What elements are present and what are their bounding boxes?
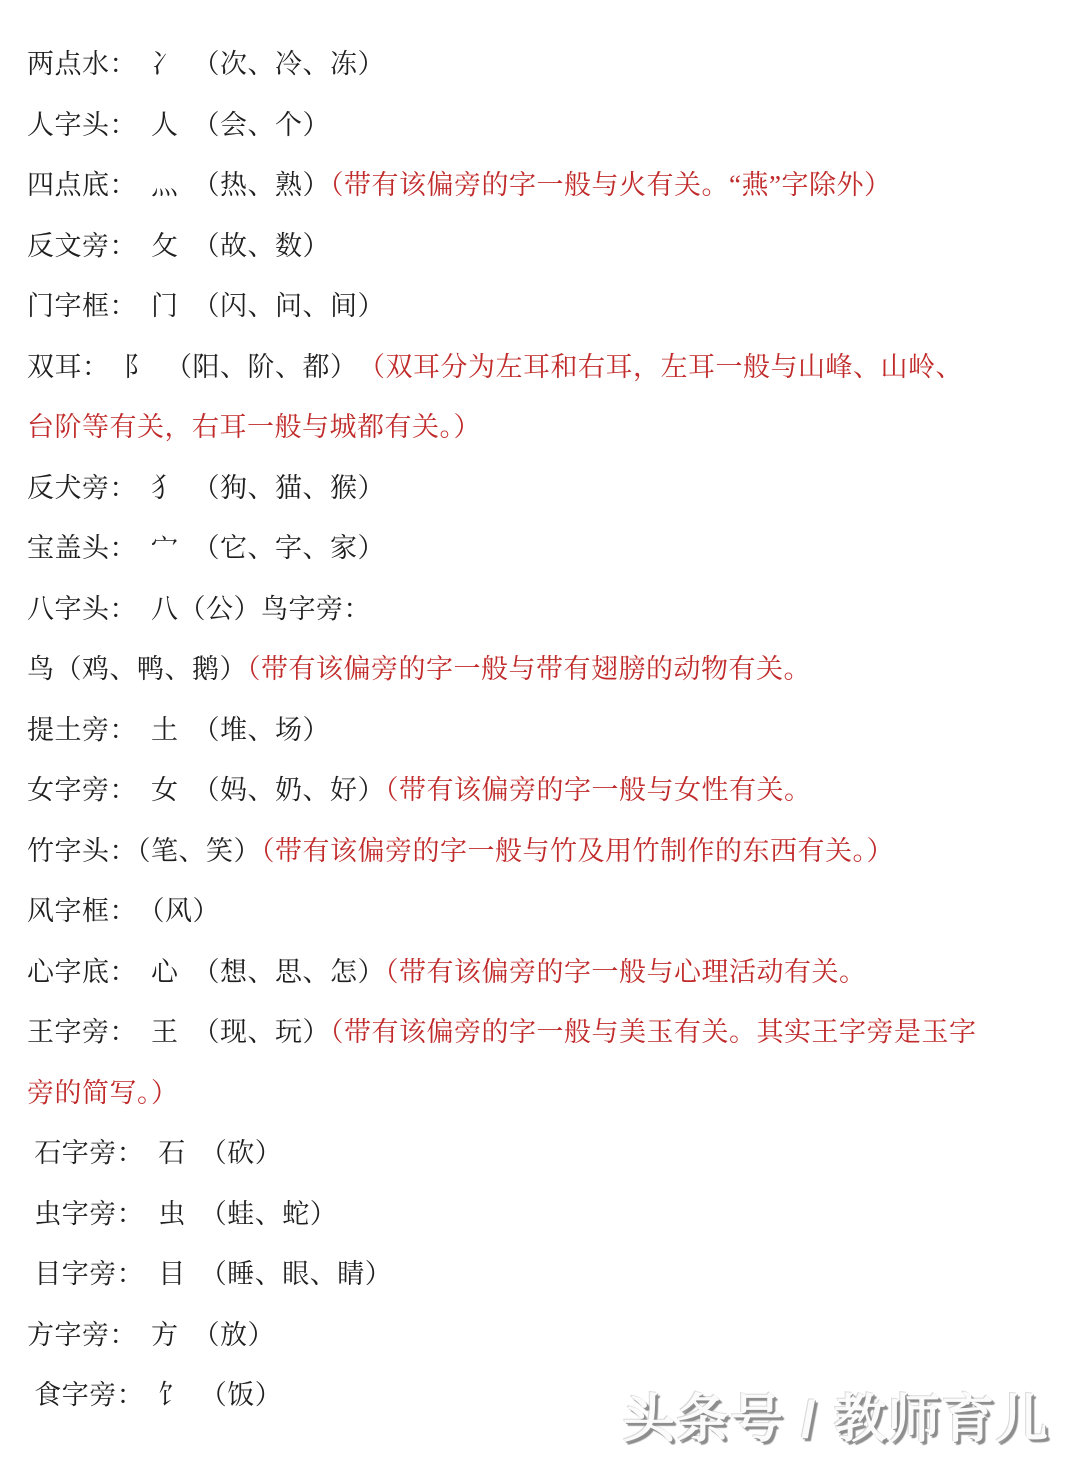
line-two-dot-water: 两点水： 冫 （次、冷、冻） [27, 34, 1062, 95]
line-double-ear-continued: 台阶等有关，右耳一般与城都有关。） [27, 397, 1062, 458]
line-eye-radical: 目字旁： 目 （睡、眼、睛） [27, 1244, 1062, 1305]
line-wind-frame: 风字框： （风） [27, 881, 1062, 942]
radical-entry-text: 人字头： 人 （会、个） [27, 110, 330, 140]
radical-entry-text: 反文旁： 攵 （故、数） [27, 231, 330, 261]
line-bamboo-top: 竹字头：（笔、笑）（带有该偏旁的字一般与竹及用竹制作的东西有关。） [27, 821, 1062, 882]
radical-entry-text: 八字头： 八（公）鸟字旁： [27, 594, 371, 624]
radical-entry-text: 竹字头：（笔、笑） [27, 836, 261, 866]
radical-note-text: （带有该偏旁的字一般与女性有关。 [385, 775, 812, 805]
radical-entry-text: 女字旁： 女 （妈、奶、好） [27, 775, 385, 805]
line-person-top: 人字头： 人 （会、个） [27, 95, 1062, 156]
line-king-radical: 王字旁： 王 （现、玩）（带有该偏旁的字一般与美玉有关。其实王字旁是玉字 [27, 1002, 1062, 1063]
radical-note-text: 台阶等有关，右耳一般与城都有关。） [27, 412, 481, 442]
line-king-radical-continued: 旁的简写。） [27, 1063, 1062, 1124]
radical-note-text: （带有该偏旁的字一般与竹及用竹制作的东西有关。） [261, 836, 894, 866]
line-eight-top-bird-label: 八字头： 八（公）鸟字旁： [27, 579, 1062, 640]
radical-entry-text: 方字旁： 方 （放） [27, 1320, 275, 1350]
radical-entry-text: 石字旁： 石 （砍） [27, 1138, 282, 1168]
radical-entry-text: 宝盖头： 宀 （它、字、家） [27, 533, 385, 563]
radical-note-text: （双耳分为左耳和右耳，左耳一般与山峰、山岭、 [372, 352, 964, 382]
line-earth-radical: 提土旁： 土 （堆、场） [27, 700, 1062, 761]
radical-entry-text: 心字底： 心 （想、思、怎） [27, 957, 385, 987]
line-square-radical: 方字旁： 方 （放） [27, 1305, 1062, 1366]
line-double-ear: 双耳： 阝 （阳、阶、都） （双耳分为左耳和右耳，左耳一般与山峰、山岭、 [27, 337, 1062, 398]
line-heart-bottom: 心字底： 心 （想、思、怎）（带有该偏旁的字一般与心理活动有关。 [27, 942, 1062, 1003]
document-page: 两点水： 冫 （次、冷、冻） 人字头： 人 （会、个） 四点底： 灬 （热、熟）… [0, 0, 1080, 1426]
radical-note-text: （带有该偏旁的字一般与带有翅膀的动物有关。 [247, 654, 811, 684]
radical-note-text: （带有该偏旁的字一般与美玉有关。其实王字旁是玉字 [330, 1017, 977, 1047]
radical-entry-text: 门字框： 门 （闪、问、间） [27, 291, 385, 321]
line-reversed-wen: 反文旁： 攵 （故、数） [27, 216, 1062, 277]
radical-note-text: 旁的简写。） [27, 1078, 179, 1108]
radical-entry-text: 两点水： 冫 （次、冷、冻） [27, 49, 385, 79]
line-insect-radical: 虫字旁： 虫 （蛙、蛇） [27, 1184, 1062, 1245]
radical-entry-text: 虫字旁： 虫 （蛙、蛇） [27, 1199, 337, 1229]
line-bird-radical: 鸟（鸡、鸭、鹅）（带有该偏旁的字一般与带有翅膀的动物有关。 [27, 639, 1062, 700]
radical-entry-text: 目字旁： 目 （睡、眼、睛） [27, 1259, 392, 1289]
watermark-toutiao: 头条号 / 教师育儿 [623, 1377, 1050, 1452]
radical-entry-text: 食字旁： 饣 （饭） [27, 1380, 282, 1410]
radical-note-text: （带有该偏旁的字一般与火有关。“燕”字除外） [330, 170, 891, 200]
radical-entry-text: 风字框： （风） [27, 896, 220, 926]
radical-entry-text: 提土旁： 土 （堆、场） [27, 715, 330, 745]
line-dog-radical: 反犬旁： 犭 （狗、猫、猴） [27, 458, 1062, 519]
radical-entry-text: 双耳： 阝 （阳、阶、都） [27, 352, 372, 382]
radical-entry-text: 王字旁： 王 （现、玩） [27, 1017, 330, 1047]
line-woman-radical: 女字旁： 女 （妈、奶、好）（带有该偏旁的字一般与女性有关。 [27, 760, 1062, 821]
radical-note-text: （带有该偏旁的字一般与心理活动有关。 [385, 957, 867, 987]
line-stone-radical: 石字旁： 石 （砍） [27, 1123, 1062, 1184]
radical-entry-text: 鸟（鸡、鸭、鹅） [27, 654, 247, 684]
radical-entry-text: 反犬旁： 犭 （狗、猫、猴） [27, 473, 385, 503]
line-four-dot-bottom: 四点底： 灬 （热、熟）（带有该偏旁的字一般与火有关。“燕”字除外） [27, 155, 1062, 216]
line-roof-top: 宝盖头： 宀 （它、字、家） [27, 518, 1062, 579]
radical-entry-text: 四点底： 灬 （热、熟） [27, 170, 330, 200]
line-door-frame: 门字框： 门 （闪、问、间） [27, 276, 1062, 337]
